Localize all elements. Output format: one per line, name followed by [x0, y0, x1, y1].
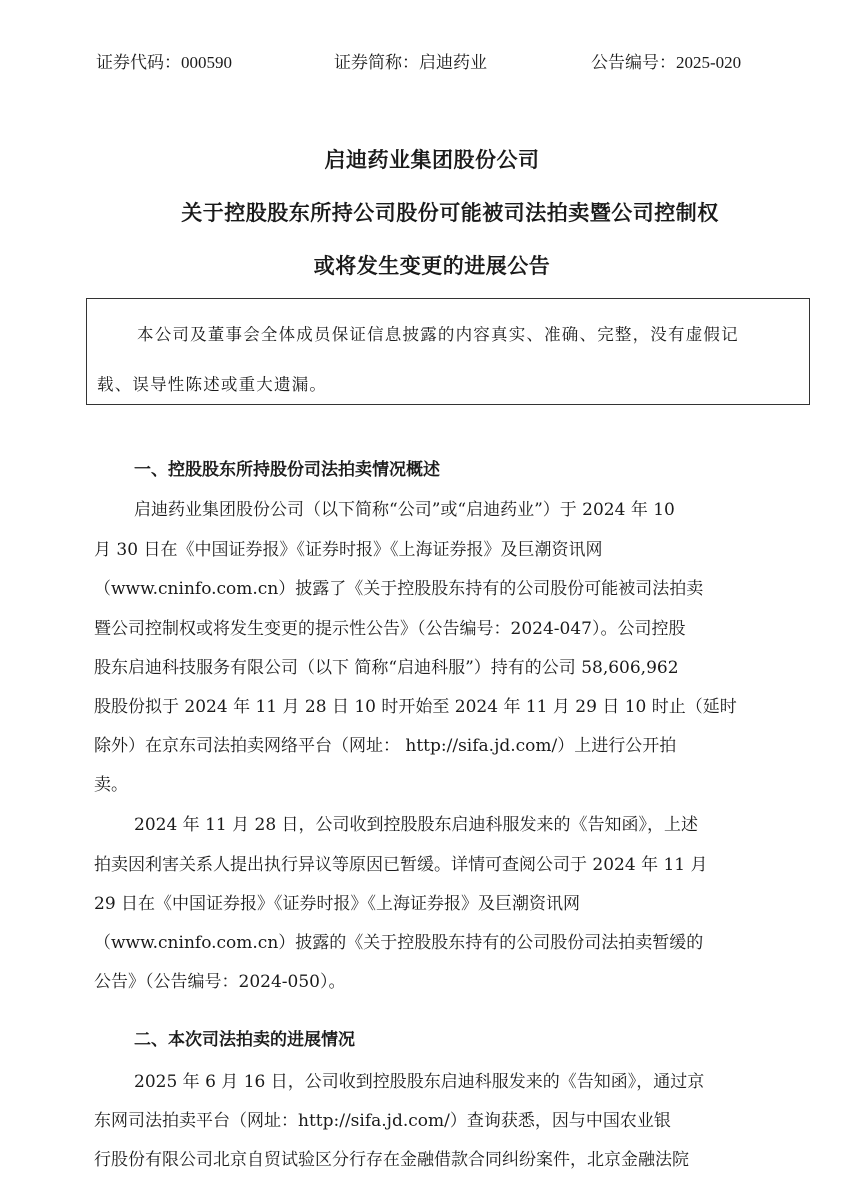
section-heading-1: 一、控股股东所持股份司法拍卖情况概述	[134, 455, 440, 480]
announcement-number: 公告编号：2025-020	[591, 48, 741, 73]
document-header: 证券代码：000590 证券简称：启迪药业 公告编号：2025-020	[96, 48, 776, 74]
section-heading-2: 二、本次司法拍卖的进展情况	[134, 1025, 355, 1050]
stock-abbreviation: 证券简称：启迪药业	[334, 48, 487, 73]
announcement-title-line-2: 或将发生变更的进展公告	[0, 250, 864, 280]
paragraph-line: 月 30 日在《中国证券报》《证券时报》《上海证券报》及巨潮资讯网	[94, 535, 602, 560]
company-title: 启迪药业集团股份公司	[0, 144, 864, 174]
paragraph-line: （www.cninfo.com.cn）披露的《关于控股股东持有的公司股份司法拍卖…	[94, 928, 703, 953]
paragraph-line: 股股份拟于 2024 年 11 月 28 日 10 时开始至 2024 年 11…	[94, 692, 737, 717]
paragraph-line: （www.cninfo.com.cn）披露了《关于控股股东持有的公司股份可能被司…	[94, 574, 703, 599]
stock-code: 证券代码：000590	[96, 48, 232, 73]
board-statement-box: 本公司及董事会全体成员保证信息披露的内容真实、准确、完整，没有虚假记 载、误导性…	[86, 298, 810, 405]
paragraph-line: 拍卖因利害关系人提出执行异议等原因已暂缓。详情可查阅公司于 2024 年 11 …	[94, 850, 708, 875]
board-statement-line: 本公司及董事会全体成员保证信息披露的内容真实、准确、完整，没有虚假记	[137, 321, 739, 345]
paragraph-line: 卖。	[94, 770, 128, 795]
paragraph-line: 2024 年 11 月 28 日，公司收到控股股东启迪科服发来的《告知函》，上述	[134, 810, 698, 835]
paragraph-line: 公告》（公告编号：2024-050）。	[94, 967, 345, 992]
paragraph-line: 行股份有限公司北京自贸试验区分行存在金融借款合同纠纷案件，北京金融法院	[94, 1145, 689, 1170]
board-statement-line: 载、误导性陈述或重大遗漏。	[97, 371, 327, 395]
paragraph-line: 2025 年 6 月 16 日，公司收到控股股东启迪科服发来的《告知函》，通过京	[134, 1067, 704, 1092]
paragraph-line: 股东启迪科技服务有限公司（以下 简称“启迪科服”）持有的公司 58,606,96…	[94, 653, 679, 678]
paragraph-line: 启迪药业集团股份公司（以下简称“公司”或“启迪药业”）于 2024 年 10	[134, 495, 675, 520]
paragraph-line: 除外）在京东司法拍卖网络平台（网址： http://sifa.jd.com/）上…	[94, 731, 676, 756]
paragraph-line: 暨公司控制权或将发生变更的提示性公告》（公告编号：2024-047）。公司控股	[94, 614, 685, 639]
paragraph-line: 29 日在《中国证券报》《证券时报》《上海证券报》及巨潮资讯网	[94, 889, 580, 914]
announcement-title-line-1: 关于控股股东所持公司股份可能被司法拍卖暨公司控制权	[18, 197, 864, 227]
paragraph-line: 东网司法拍卖平台（网址：http://sifa.jd.com/）查询获悉，因与中…	[94, 1106, 671, 1131]
